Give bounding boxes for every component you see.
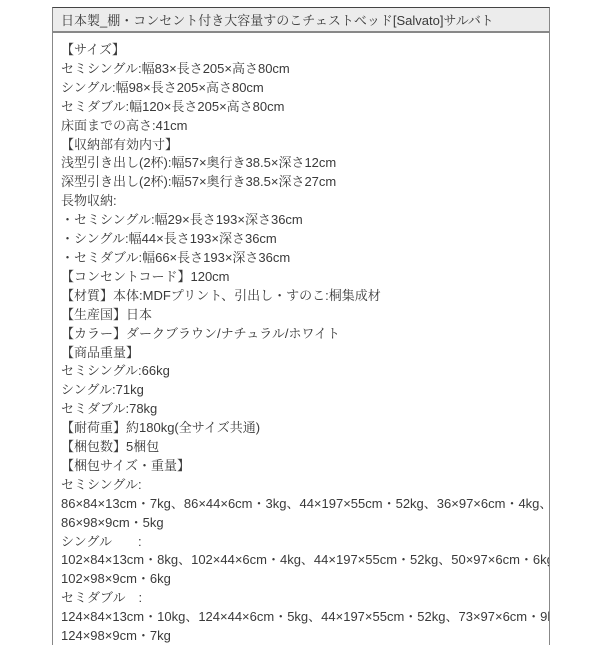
product-spec-panel: 日本製_棚・コンセント付き大容量すのこチェストベッド[Salvato]サルバト … (52, 7, 550, 645)
spec-line: 【材質】本体:MDFプリント、引出し・すのこ:桐集成材 (61, 287, 541, 306)
spec-line: 【生産国】日本 (61, 306, 541, 325)
spec-line: セミダブル : (61, 589, 541, 608)
spec-line: 【コンセントコード】120cm (61, 268, 541, 287)
spec-line: ・セミシングル:幅29×長さ193×深さ36cm (61, 211, 541, 230)
spec-line: 102×98×9cm・6kg (61, 570, 541, 589)
spec-line: 浅型引き出し(2杯):幅57×奥行き38.5×深さ12cm (61, 154, 541, 173)
spec-line: ・シングル:幅44×長さ193×深さ36cm (61, 230, 541, 249)
spec-line: 【耐荷重】約180kg(全サイズ共通) (61, 419, 541, 438)
spec-line: セミシングル: (61, 476, 541, 495)
product-title-bar: 日本製_棚・コンセント付き大容量すのこチェストベッド[Salvato]サルバト (53, 8, 549, 33)
spec-line: 【サイズ】 (61, 41, 541, 60)
spec-line: セミシングル:66kg (61, 362, 541, 381)
spec-line: セミダブル:78kg (61, 400, 541, 419)
spec-line: 【梱包サイズ・重量】 (61, 457, 541, 476)
spec-line: セミダブル:幅120×長さ205×高さ80cm (61, 98, 541, 117)
spec-line: 長物収納: (61, 192, 541, 211)
spec-line: 【商品重量】 (61, 344, 541, 363)
product-title: 日本製_棚・コンセント付き大容量すのこチェストベッド[Salvato]サルバト (61, 10, 494, 29)
spec-line: 【収納部有効内寸】 (61, 136, 541, 155)
spec-line: 床面までの高さ:41cm (61, 117, 541, 136)
spec-line: 深型引き出し(2杯):幅57×奥行き38.5×深さ27cm (61, 173, 541, 192)
spec-line: 124×84×13cm・10kg、124×44×6cm・5kg、44×197×5… (61, 608, 541, 627)
spec-line: シングル : (61, 533, 541, 552)
spec-lines-container: 【サイズ】セミシングル:幅83×長さ205×高さ80cmシングル:幅98×長さ2… (53, 33, 549, 645)
spec-line: 【カラー】ダークブラウン/ナチュラル/ホワイト (61, 325, 541, 344)
spec-line: シングル:幅98×長さ205×高さ80cm (61, 79, 541, 98)
spec-line: シングル:71kg (61, 381, 541, 400)
spec-line: セミシングル:幅83×長さ205×高さ80cm (61, 60, 541, 79)
spec-line: ・セミダブル:幅66×長さ193×深さ36cm (61, 249, 541, 268)
spec-line: 86×84×13cm・7kg、86×44×6cm・3kg、44×197×55cm… (61, 495, 541, 514)
spec-line: 124×98×9cm・7kg (61, 627, 541, 645)
spec-line: 【梱包数】5梱包 (61, 438, 541, 457)
spec-line: 86×98×9cm・5kg (61, 514, 541, 533)
spec-line: 102×84×13cm・8kg、102×44×6cm・4kg、44×197×55… (61, 551, 541, 570)
